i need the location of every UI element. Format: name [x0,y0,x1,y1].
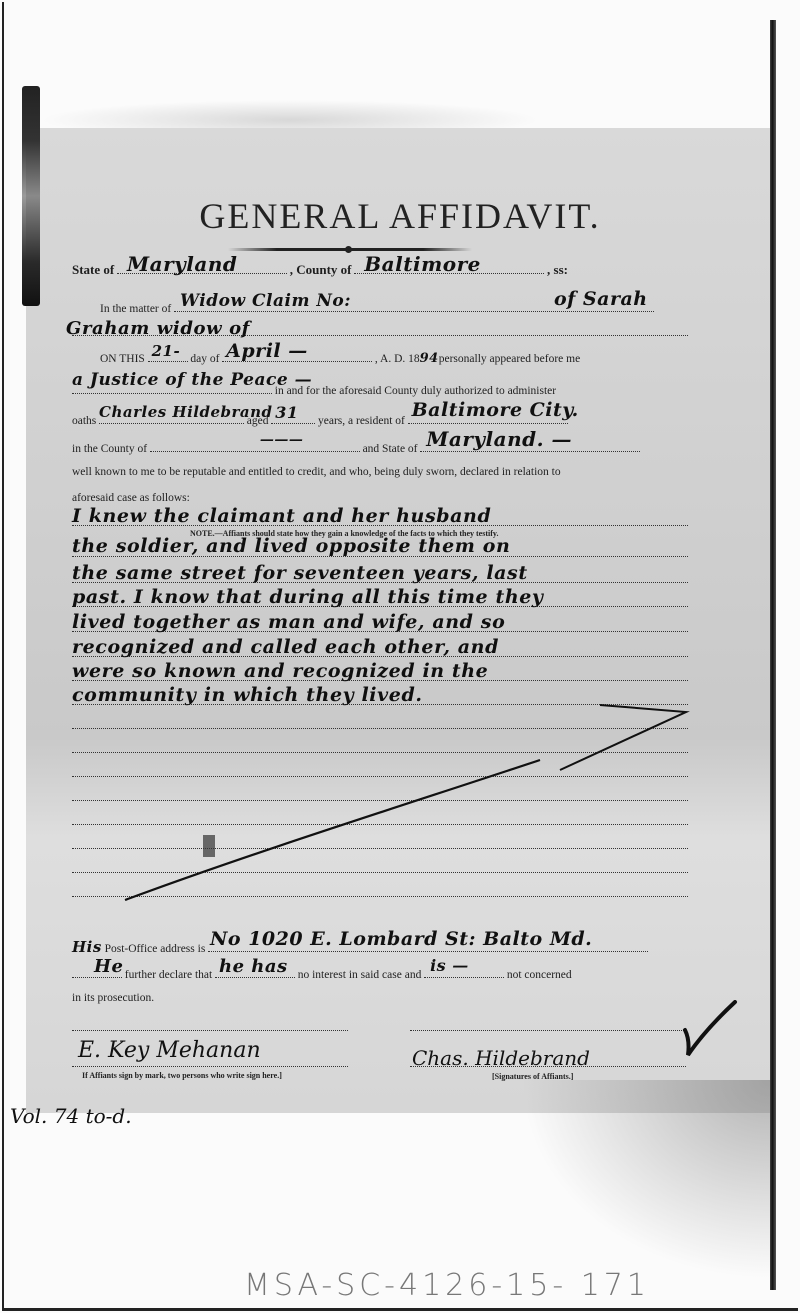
statement-rule-10 [72,752,688,753]
statement-line-8: community in which they lived. [72,684,423,706]
county-state-line: in the County of ——— and State of Maryla… [72,440,688,455]
reputable-text: well known to me to be reputable and ent… [72,466,688,478]
witness-caption: If Affiants sign by mark, two persons wh… [82,1071,282,1080]
county-of-label: in the County of [72,443,147,455]
affiant-name-field: Charles Hildebrand [99,412,244,424]
statement-rule-16 [72,896,688,897]
state-label: State of [72,262,114,277]
postoffice-line: His Post-Office address is No 1020 E. Lo… [72,938,688,956]
statement-rule-9 [72,728,688,729]
county-value: Baltimore [364,252,481,276]
statement-line-5: lived together as man and wife, and so [72,611,505,633]
statement-rule-12 [72,800,688,801]
witness-signature-rule-top [72,1030,348,1031]
postoffice-value: No 1020 E. Lombard St: Balto Md. [210,928,592,950]
interest-field: is — [424,966,504,978]
statement-line-6: recognized and called each other, and [72,636,499,658]
postoffice-label: Post-Office address is [105,943,206,955]
declare-label: further declare that [125,969,212,981]
document-title: GENERAL AFFIDAVIT. [26,195,774,237]
matter-field: Widow Claim No: of Sarah [174,300,654,312]
affiant-signature: Chas. Hildebrand [412,1046,590,1070]
statement-line-7: were so known and recognized in the [72,660,488,682]
on-this-label: ON THIS [100,353,145,365]
archive-id: MSA-SC-4126-15- 171 [244,1268,650,1303]
statement-rule-15 [72,872,688,873]
day-of-label: day of [190,353,219,365]
county-of-value: ——— [260,432,304,448]
matter-value-2: of Sarah [554,288,648,310]
affiant-name-value: Charles Hildebrand [99,403,272,421]
margin-note: Vol. 74 to-d. [10,1104,132,1128]
year-suffix: 94 [420,351,439,366]
state-of-label: and State of [363,443,418,455]
scan-page: GENERAL AFFIDAVIT. State of Maryland , C… [0,0,800,1313]
officer-value: a Justice of the Peace — [72,370,312,390]
statement-line-2: the soldier, and lived opposite them on [72,535,510,557]
statement-line-3: the same street for seventeen years, las… [72,562,528,584]
statement-rule-13 [72,824,688,825]
declare-subject: He [94,956,123,977]
oaths-label: oaths [72,415,96,427]
declare-line: He further declare that he has no intere… [72,966,688,981]
matter-label: In the matter of [100,303,171,315]
paper-fold-shadow [520,1080,770,1280]
age-field: 31 [271,412,315,424]
county-label: , County of [290,262,352,277]
month-value: April — [226,340,308,362]
affiant-caption: [Signatures of Affiants.] [492,1072,573,1081]
state-field: Maryland [117,262,287,274]
affiant-signature-rule-top [410,1030,686,1031]
interest-value: is — [430,956,469,975]
not-concerned-label: not concerned [507,969,572,981]
statement-rule-11 [72,776,688,777]
witness-signature-rule [72,1066,348,1067]
statement-rule-14 [72,848,688,849]
years-label: years, a resident of [318,415,405,427]
declare-subject-field: He [72,966,122,978]
day-value: 21- [152,342,181,360]
checkmark-icon [680,1000,740,1060]
ad-label: , A. D. 18 [375,353,420,365]
authorized-label: in and for the aforesaid County duly aut… [275,385,556,397]
state-value: Maryland [127,252,237,276]
statement-line-1: I knew the claimant and her husband [72,505,491,527]
postoffice-prefix: His [72,938,102,956]
witness-signature: E. Key Mehanan [78,1038,261,1063]
age-value: 31 [275,403,298,422]
matter-line-2: Graham widow of [66,318,250,339]
title-ornament-rule [228,248,472,251]
county-of-field: ——— [150,440,360,452]
officer-field: a Justice of the Peace — [72,382,272,394]
matter-line: In the matter of Widow Claim No: of Sara… [100,300,688,315]
declare-value: he has [219,956,288,977]
appeared-label: personally appeared before me [439,353,580,365]
ss-label: , ss: [547,262,568,277]
prosecution-text: in its prosecution. [72,992,688,1004]
residence-field: Baltimore City. [408,412,568,424]
aforesaid-text: aforesaid case as follows: [72,492,688,504]
postoffice-field: No 1020 E. Lombard St: Balto Md. [208,940,648,952]
month-field: April — [222,350,372,362]
state-of-value: Maryland. — [426,427,572,451]
state-county-line: State of Maryland , County of Baltimore … [72,262,688,278]
interest-label: no interest in said case and [298,969,422,981]
date-line: ON THIS 21- day of April — , A. D. 1894p… [100,350,700,366]
residence-value: Baltimore City. [412,399,579,421]
day-field: 21- [148,350,188,362]
statement-line-4: past. I know that during all this time t… [72,586,544,608]
oaths-line: oaths Charles Hildebrand aged 31 years, … [72,412,688,427]
officer-line: a Justice of the Peace — in and for the … [72,382,688,397]
declare-field: he has [215,966,295,978]
county-field: Baltimore [354,262,544,274]
matter-value: Widow Claim No: [180,291,351,311]
state-of-field: Maryland. — [420,440,640,452]
